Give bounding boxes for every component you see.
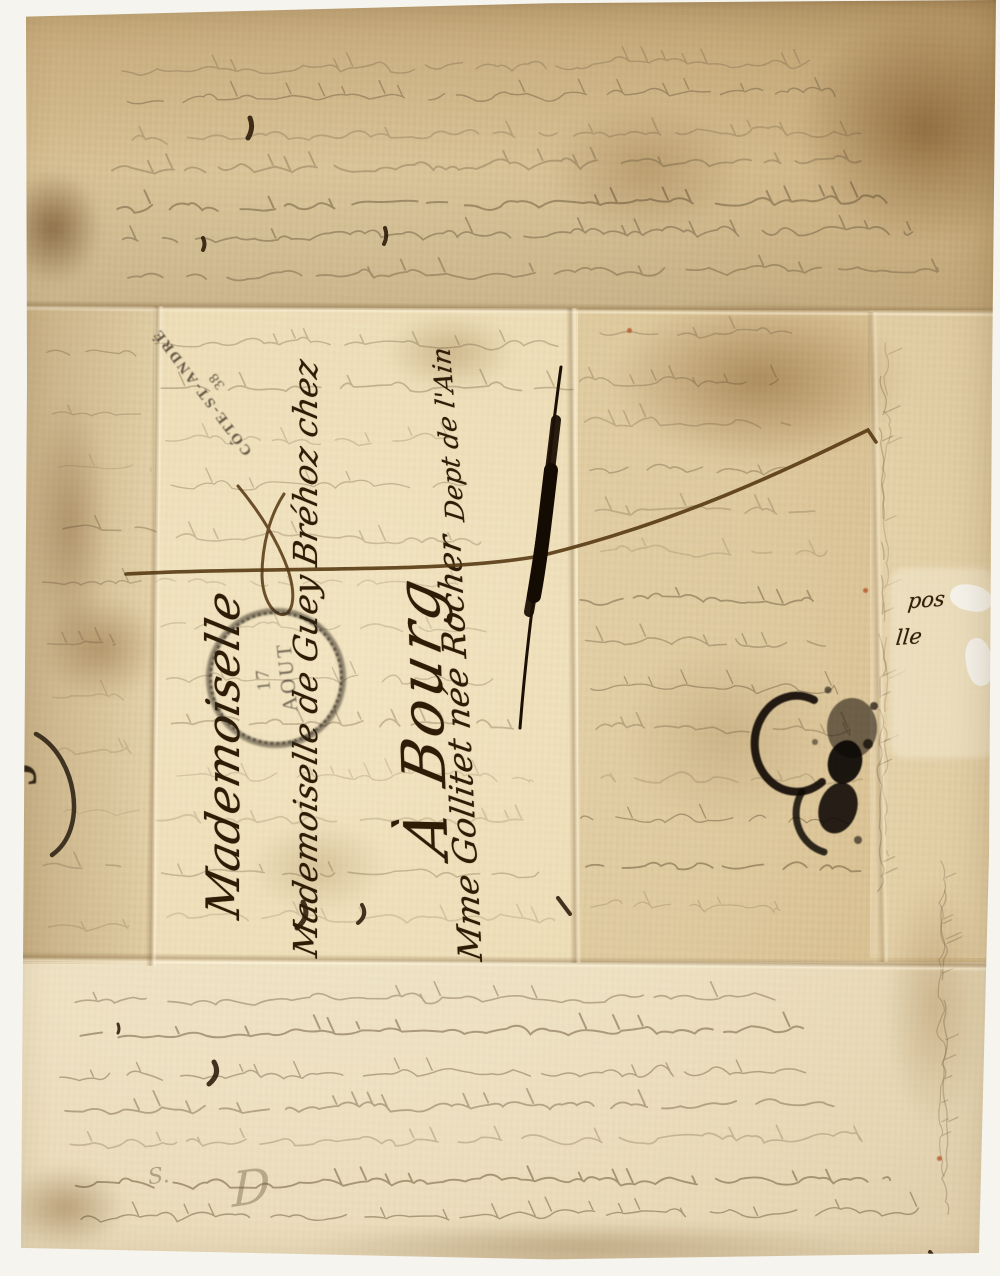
bleedthrough-letters: S. bbox=[147, 1163, 171, 1190]
stain bbox=[6, 170, 101, 285]
address-line: Mademoiselle de Guey Bréhoz chez bbox=[286, 356, 325, 960]
rust-speck bbox=[627, 328, 632, 333]
letter-sheet: S. D Mademoiselle Mademoiselle de Guey B… bbox=[0, 0, 1000, 1276]
edge-fragment-upper: pos bbox=[907, 587, 946, 614]
address-line: Mademoiselle bbox=[196, 587, 250, 923]
rust-speck bbox=[863, 588, 868, 593]
edge-fragment-lower: lle bbox=[895, 624, 923, 650]
stain bbox=[545, 105, 745, 235]
postage-due-mark: 9 bbox=[0, 761, 49, 791]
stain bbox=[38, 595, 163, 700]
address-line: À Bourg bbox=[383, 569, 463, 863]
scanned-letter-view: S. D Mademoiselle Mademoiselle de Guey B… bbox=[0, 0, 1000, 1276]
stain bbox=[300, 1222, 860, 1270]
stain bbox=[795, 15, 1000, 245]
stain bbox=[30, 395, 110, 655]
rust-speck bbox=[937, 1156, 942, 1161]
stain bbox=[5, 1165, 125, 1250]
address-block: Mademoiselle Mademoiselle de Guey Bréhoz… bbox=[170, 272, 970, 972]
vertical-fold-crease bbox=[146, 306, 164, 966]
upper-fold-panel bbox=[0, 0, 1000, 310]
left-fold-column bbox=[0, 308, 154, 964]
address-line: Dept de l'Ain bbox=[427, 346, 472, 523]
bleedthrough-initial: D bbox=[232, 1157, 270, 1219]
lower-fold-panel bbox=[0, 962, 1000, 1276]
